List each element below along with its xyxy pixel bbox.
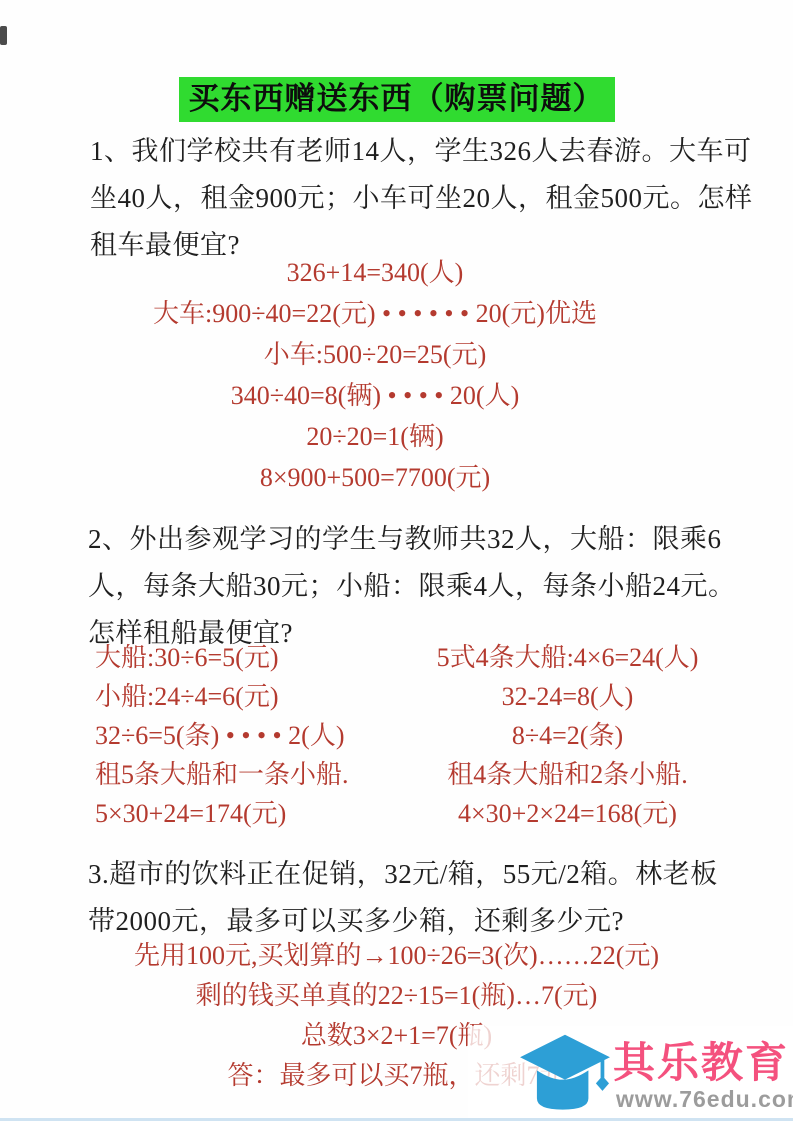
solution-line: 小船:24÷4=6(元) [95,677,425,716]
solution-line: 20÷20=1(辆) [30,416,720,457]
problem-2-solution-left-column: 大船:30÷6=5(元) 小船:24÷4=6(元) 32÷6=5(条) • • … [95,638,425,833]
solution-line: 小车:500÷20=25(元) [30,334,720,375]
problem-1-solution: 326+14=340(人) 大车:900÷40=22(元) • • • • • … [30,252,720,498]
solution-line: 先用100元,买划算的→100÷26=3(次)……22(元) [0,936,793,976]
problem-2-solution-right-column: 5式4条大船:4×6=24(人) 32-24=8(人) 8÷4=2(条) 租4条… [400,638,735,833]
solution-line: 大车:900÷40=22(元) • • • • • • 20(元)优选 [30,293,720,334]
solution-line: 5式4条大船:4×6=24(人) [400,638,735,677]
worksheet-page: 买东西赠送东西（购票问题） 1、我们学校共有老师14人，学生326人去春游。大车… [0,0,793,1121]
solution-line: 剩的钱买单真的22÷15=1(瓶)…7(元) [0,976,793,1016]
solution-line: 340÷40=8(辆) • • • • 20(人) [30,375,720,416]
graduation-cap-icon [518,1031,612,1119]
problem-3-question: 3.超市的饮料正在促销，32元/箱，55元/2箱。林老板 带2000元，最多可以… [88,851,718,945]
brand-url: www.76edu.com [616,1086,793,1113]
scan-smudge-artifact [0,26,7,45]
question-line: 3.超市的饮料正在促销，32元/箱，55元/2箱。林老板 [88,851,718,898]
worksheet-title: 买东西赠送东西（购票问题） [179,77,615,122]
brand-name: 其乐教育 [613,1041,789,1085]
solution-line: 32-24=8(人) [400,677,735,716]
question-line: 人，每条大船30元；小船：限乘4人，每条小船24元。 [88,563,736,610]
problem-1-question: 1、我们学校共有老师14人，学生326人去春游。大车可 坐40人，租金900元；… [90,128,753,269]
solution-line: 租5条大船和一条小船. [95,755,425,794]
solution-line: 32÷6=5(条) • • • • 2(人) [95,716,425,755]
question-line: 坐40人，租金900元；小车可坐20人，租金500元。怎样 [90,175,753,222]
solution-line: 租4条大船和2条小船. [400,755,735,794]
solution-line: 8×900+500=7700(元) [30,457,720,498]
solution-line: 4×30+2×24=168(元) [400,794,735,833]
solution-line: 8÷4=2(条) [400,716,735,755]
solution-line: 5×30+24=174(元) [95,794,425,833]
solution-line: 大船:30÷6=5(元) [95,638,425,677]
problem-2-question: 2、外出参观学习的学生与教师共32人，大船：限乘6 人，每条大船30元；小船：限… [88,516,736,657]
question-line: 1、我们学校共有老师14人，学生326人去春游。大车可 [90,128,753,175]
question-line: 2、外出参观学习的学生与教师共32人，大船：限乘6 [88,516,736,563]
solution-line: 326+14=340(人) [30,252,720,293]
